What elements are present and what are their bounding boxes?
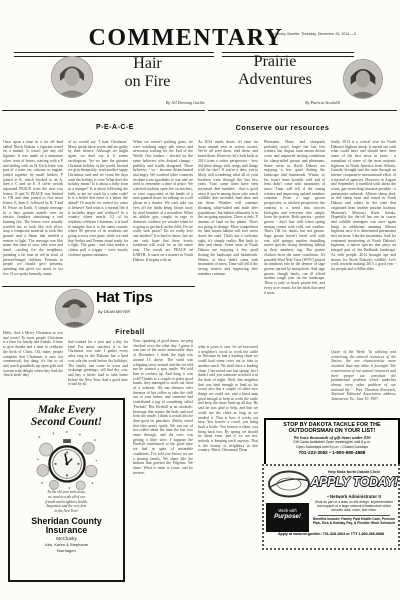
columnist-photo-gackle bbox=[52, 57, 92, 97]
middle-article-title: Hat Tips bbox=[96, 289, 191, 306]
itd-job-title: • Network Administrator II bbox=[312, 494, 396, 499]
page-title: COMMENTARY bbox=[0, 25, 372, 52]
right-article-subhead: Conserve our resources bbox=[205, 123, 360, 132]
ad-headline-line2: Second Count! bbox=[10, 417, 123, 429]
sheridan-insurance-ad: Make Every Second Count! bbox=[8, 398, 125, 582]
itd-job-ad: Work with Purpose! Help Make North Dakot… bbox=[262, 464, 400, 550]
agents-line2: Burrhagen bbox=[10, 548, 123, 553]
title-line2: on Fire bbox=[90, 73, 205, 91]
ad-headline: Make Every Second Count! bbox=[10, 405, 123, 429]
rule-under-left-header bbox=[2, 110, 205, 111]
gackle-column-2: of us would say 'I hate Christmas.' Many… bbox=[68, 140, 128, 284]
ad-line5: Open Saturdays until 5 p.m. • Closed Sun… bbox=[266, 445, 398, 449]
ad-line2: OUTDOORSMAN ON YOUR LIST! bbox=[266, 428, 398, 434]
itd-divider bbox=[318, 515, 390, 516]
gackle-column-1: Once upon a time in a far off land calle… bbox=[3, 140, 63, 284]
left-article-byline: By Jill Denning Gackle bbox=[95, 100, 205, 105]
woman-portrait-icon bbox=[52, 57, 92, 97]
right-article-title: Prairie Adventures bbox=[212, 53, 338, 89]
right-article-byline: By Patricia Stockdill bbox=[240, 100, 340, 105]
gackle-column-3: When we weren't packing guns, we were wa… bbox=[133, 140, 193, 268]
dakota-tackle-ad: STOP BY DAKOTA TACKLE FOR THE OUTDOORSMA… bbox=[264, 418, 400, 466]
columnist-photo-stockdill bbox=[344, 60, 382, 98]
title-line1: Prairie bbox=[212, 53, 338, 71]
stockdill-column-1: As 2014 winds down, it's time for those … bbox=[198, 140, 258, 338]
ad-phone: 701-222-3062 • 1-800-580-4888 bbox=[266, 450, 398, 455]
rule-above-hattips bbox=[2, 286, 195, 287]
wish-line: in the New Year! bbox=[10, 509, 123, 514]
ad-wish-lines: As the old year ticks away, we want to w… bbox=[10, 490, 123, 514]
new-years-clock-icon bbox=[34, 430, 100, 490]
left-article-title: Hair on Fire bbox=[90, 55, 205, 91]
stockdill-column-3: Sadly, 2014 is a critical year for North… bbox=[331, 140, 396, 346]
meyer-column-3: Now, speaking of good times, we preg che… bbox=[133, 339, 193, 576]
title-line2: Adventures bbox=[212, 71, 338, 89]
itd-purpose-box: Work with Purpose! bbox=[266, 503, 309, 532]
meyer-column-4: what is yours is ours. So we borrowed a … bbox=[198, 345, 258, 576]
stockdill-column-2: Pheasants, Huns, and sharptails probably… bbox=[264, 140, 325, 412]
purpose-line2: Purpose! bbox=[266, 513, 309, 520]
meyer-column-2: had wanted for a year and a day for him!… bbox=[68, 340, 128, 394]
columnist-photo-meyer bbox=[56, 290, 93, 327]
advertiser-agents: Arlo, Karen & Stephanie Burrhagen bbox=[10, 542, 123, 552]
meyer-column-1: Hello, And a Merry Christmas to you and … bbox=[3, 331, 63, 394]
itd-apply-headline: APPLY TODAY! bbox=[310, 475, 398, 489]
itd-tagline: Help Make North Dakota Click! bbox=[312, 470, 396, 474]
middle-article-subhead: Fireball bbox=[75, 327, 185, 336]
itd-oval-logo-icon bbox=[267, 469, 311, 499]
rule-under-right-header bbox=[208, 110, 397, 111]
advertiser-name: Sheridan County Insurance bbox=[10, 517, 123, 535]
itd-job-description: Work as part of a team on the design, im… bbox=[312, 500, 396, 512]
advertiser-name-line2: Insurance bbox=[10, 526, 123, 535]
woman-portrait-icon bbox=[344, 60, 382, 98]
quote-of-the-week: Quote of the Week: 'In utilizing and con… bbox=[331, 350, 396, 414]
title-line1: Hair bbox=[90, 55, 205, 73]
itd-contact-line: Apply at www.nd.gov/itd • 701-328-1004 o… bbox=[266, 532, 396, 536]
itd-benefits: Benefits include: Family Paid Health Car… bbox=[312, 517, 396, 526]
newspaper-page: COMMENTARY McClusky Gazette, Thursday, D… bbox=[0, 0, 400, 600]
left-article-subhead: P-E-A-C-E bbox=[40, 124, 190, 131]
dateline: McClusky Gazette, Thursday, December 25,… bbox=[270, 32, 356, 36]
man-in-cap-portrait-icon bbox=[56, 290, 93, 327]
middle-article-byline: By DEAN MEYER bbox=[98, 309, 188, 314]
